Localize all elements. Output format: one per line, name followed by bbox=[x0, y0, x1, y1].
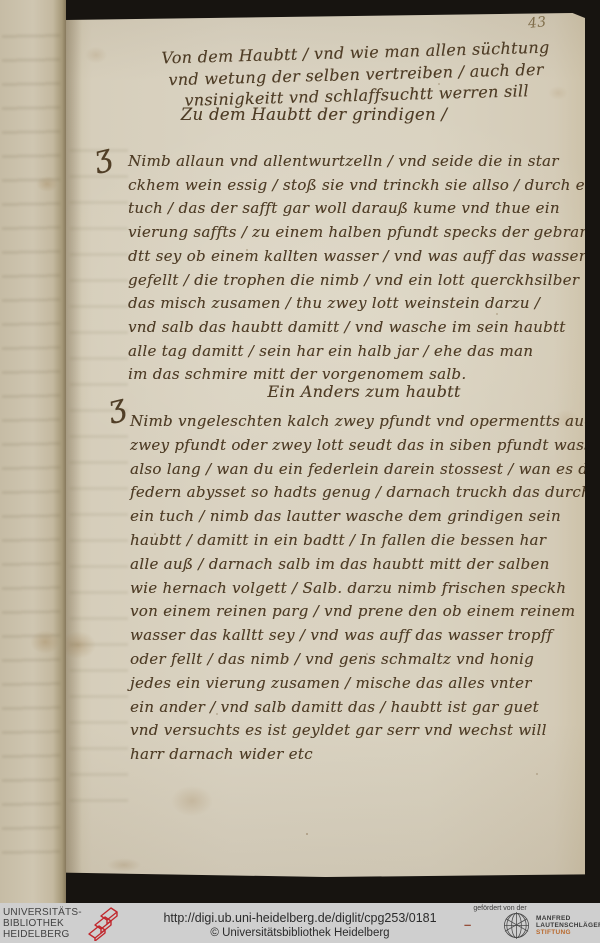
recipe-heading: Von dem Haubtt / vnd wie man allen sücht… bbox=[153, 36, 559, 112]
manuscript-line: vnd salb das haubtt damitt / vnd wasche … bbox=[128, 316, 575, 340]
manuscript-line: wie hernach volgett / Salb. darzu nimb f… bbox=[130, 577, 582, 601]
manuscript-line: tuch / das der safft gar woll darauß kum… bbox=[128, 197, 575, 221]
footer-bar: UNIVERSITÄTS- BIBLIOTHEK HEIDELBERG http… bbox=[0, 903, 600, 943]
manuscript-line: alle auß / darnach salb im das haubtt mi… bbox=[130, 553, 582, 577]
manuscript-line: dtt sey ob einem kallten wasser / vnd wa… bbox=[128, 245, 575, 269]
manuscript-line: vierung saffts / zu einem halben pfundt … bbox=[128, 221, 575, 245]
manuscript-line: Nimb vngeleschten kalch zwey pfundt vnd … bbox=[130, 410, 582, 434]
section-heading: Ein Anders zum haubtt bbox=[214, 382, 514, 401]
facing-page-edge bbox=[0, 0, 66, 903]
subheading: Zu dem Haubtt der grindigen / bbox=[132, 105, 496, 124]
manuscript-line: Nimb allaun vnd allentwurtzelln / vnd se… bbox=[128, 150, 575, 174]
library-name-line: HEIDELBERG bbox=[3, 930, 82, 941]
bleed-through-texture bbox=[2, 20, 60, 863]
bleed-through-texture bbox=[70, 133, 128, 813]
globe-icon bbox=[502, 911, 531, 940]
separator-dash: – bbox=[464, 917, 471, 932]
funder-name: MANFRED LAUTENSCHLÄGER STIFTUNG bbox=[536, 915, 600, 937]
library-name-line: BIBLIOTHEK bbox=[3, 919, 82, 930]
manuscript-line: haubtt / damitt in ein badtt / In fallen… bbox=[130, 529, 582, 553]
page-speckles bbox=[66, 13, 68, 15]
manuscript-line: alle tag damitt / sein har ein halb jar … bbox=[128, 340, 575, 364]
folio-number: 43 bbox=[527, 14, 547, 32]
ub-heidelberg-logo-icon bbox=[84, 905, 120, 941]
page-url: http://digi.ub.uni-heidelberg.de/diglit/… bbox=[120, 911, 480, 925]
manuscript-line: federn abysset so hadts genug / darnach … bbox=[130, 481, 582, 505]
manuscript-line: ckhem wein essig / stoß sie vnd trinckh … bbox=[128, 174, 575, 198]
manuscript-line: also lang / wan du ein federlein darein … bbox=[130, 458, 582, 482]
funder-name-line: STIFTUNG bbox=[536, 929, 600, 936]
funder-name-line: LAUTENSCHLÄGER bbox=[536, 922, 600, 929]
manuscript-line: ein tuch / nimb das lautter wasche dem g… bbox=[130, 505, 582, 529]
library-name: UNIVERSITÄTS- BIBLIOTHEK HEIDELBERG bbox=[3, 908, 82, 940]
manuscript-line: ein ander / vnd salb damitt das / haubtt… bbox=[130, 696, 582, 720]
manuscript-line: jedes ein vierung zusamen / mische das a… bbox=[130, 672, 582, 696]
manuscript-page: 43 Von dem Haubtt / vnd wie man allen sü… bbox=[66, 13, 585, 877]
page-stain bbox=[36, 176, 58, 192]
manuscript-line: gefellt / die trophen die nimb / vnd ein… bbox=[128, 269, 575, 293]
paragraph-mark: ʒ bbox=[104, 387, 129, 425]
manuscript-paragraph-1: Nimb allaun vnd allentwurtzelln / vnd se… bbox=[128, 150, 575, 387]
manuscript-paragraph-2: Nimb vngeleschten kalch zwey pfundt vnd … bbox=[130, 410, 582, 767]
manuscript-line: von einem reinen parg / vnd prene den ob… bbox=[130, 600, 582, 624]
manuscript-line: vnd versuchts es ist geyldet gar serr vn… bbox=[130, 719, 582, 743]
manuscript-line: oder fellt / das nimb / vnd gens schmalt… bbox=[130, 648, 582, 672]
manuscript-line: wasser das kalltt sey / vnd was auff das… bbox=[130, 624, 582, 648]
copyright-text: © Universitätsbibliothek Heidelberg bbox=[120, 927, 480, 939]
manuscript-line: harr darnach wider etc bbox=[130, 743, 582, 767]
page-stain bbox=[30, 630, 60, 654]
manuscript-line: zwey pfundt oder zwey lott seudt das in … bbox=[130, 434, 582, 458]
paragraph-mark: ʒ bbox=[90, 137, 115, 175]
manuscript-line: das misch zusamen / thu zwey lott weinst… bbox=[128, 292, 575, 316]
